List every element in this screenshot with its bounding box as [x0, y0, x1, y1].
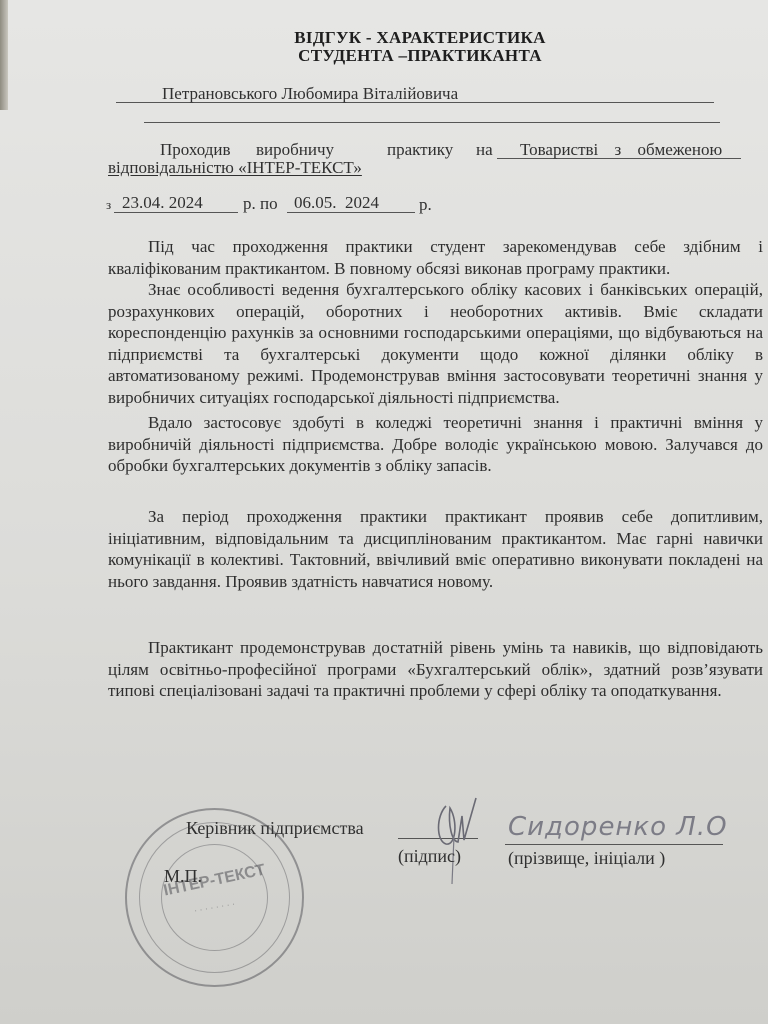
intro-word-1: Проходив	[160, 140, 231, 160]
paragraph-5: Практикант продемонстрував достатній рів…	[108, 637, 763, 702]
seal-label: М.П.	[164, 866, 202, 887]
document-title-line1: ВІДГУК - ХАРАКТЕРИСТИКА	[250, 28, 590, 48]
signature-role: Керівник підприємства	[186, 818, 364, 839]
signature-caption: (підпис)	[398, 846, 461, 867]
paragraph-block-2: За період проходження практики практикан…	[108, 506, 763, 592]
name-second-underline	[144, 122, 720, 123]
student-name: Петрановського Любомира Віталійовича	[162, 84, 458, 104]
intro-word-3: практику	[387, 140, 453, 160]
handwritten-signature-icon	[428, 796, 484, 886]
paragraph-block-1: Під час проходження практики студент зар…	[108, 236, 763, 477]
organization-part1: Товаристві з обмеженою	[520, 140, 722, 160]
period-from-prefix: з	[106, 197, 111, 213]
intro-word-2: виробничу	[256, 140, 334, 160]
paragraph-4: За період проходження практики практикан…	[108, 506, 763, 592]
name-caption: (прізвище, ініціали )	[508, 848, 665, 869]
paragraph-1: Під час проходження практики студент зар…	[108, 236, 763, 279]
period-to-date: 06.05. 2024	[294, 193, 379, 213]
paragraph-block-3: Практикант продемонстрував достатній рів…	[108, 637, 763, 702]
name-signature-underline	[505, 844, 723, 845]
intro-word-4: на	[476, 140, 493, 160]
document-title-line2: СТУДЕНТА –ПРАКТИКАНТА	[250, 46, 590, 66]
period-from-date: 23.04. 2024	[122, 193, 203, 213]
document-page: ВІДГУК - ХАРАКТЕРИСТИКА СТУДЕНТА –ПРАКТИ…	[0, 0, 768, 1024]
period-suffix: р.	[419, 195, 432, 215]
paragraph-2: Знає особливості ведення бухгалтерського…	[108, 279, 763, 408]
paragraph-3: Вдало застосовує здобуті в коледжі теоре…	[108, 412, 763, 477]
handwritten-name: Сидоренко Л.О	[508, 812, 728, 842]
period-mid: р. по	[243, 194, 278, 214]
organization-part2: відповідальністю «ІНТЕР-ТЕКСТ»	[108, 158, 362, 178]
